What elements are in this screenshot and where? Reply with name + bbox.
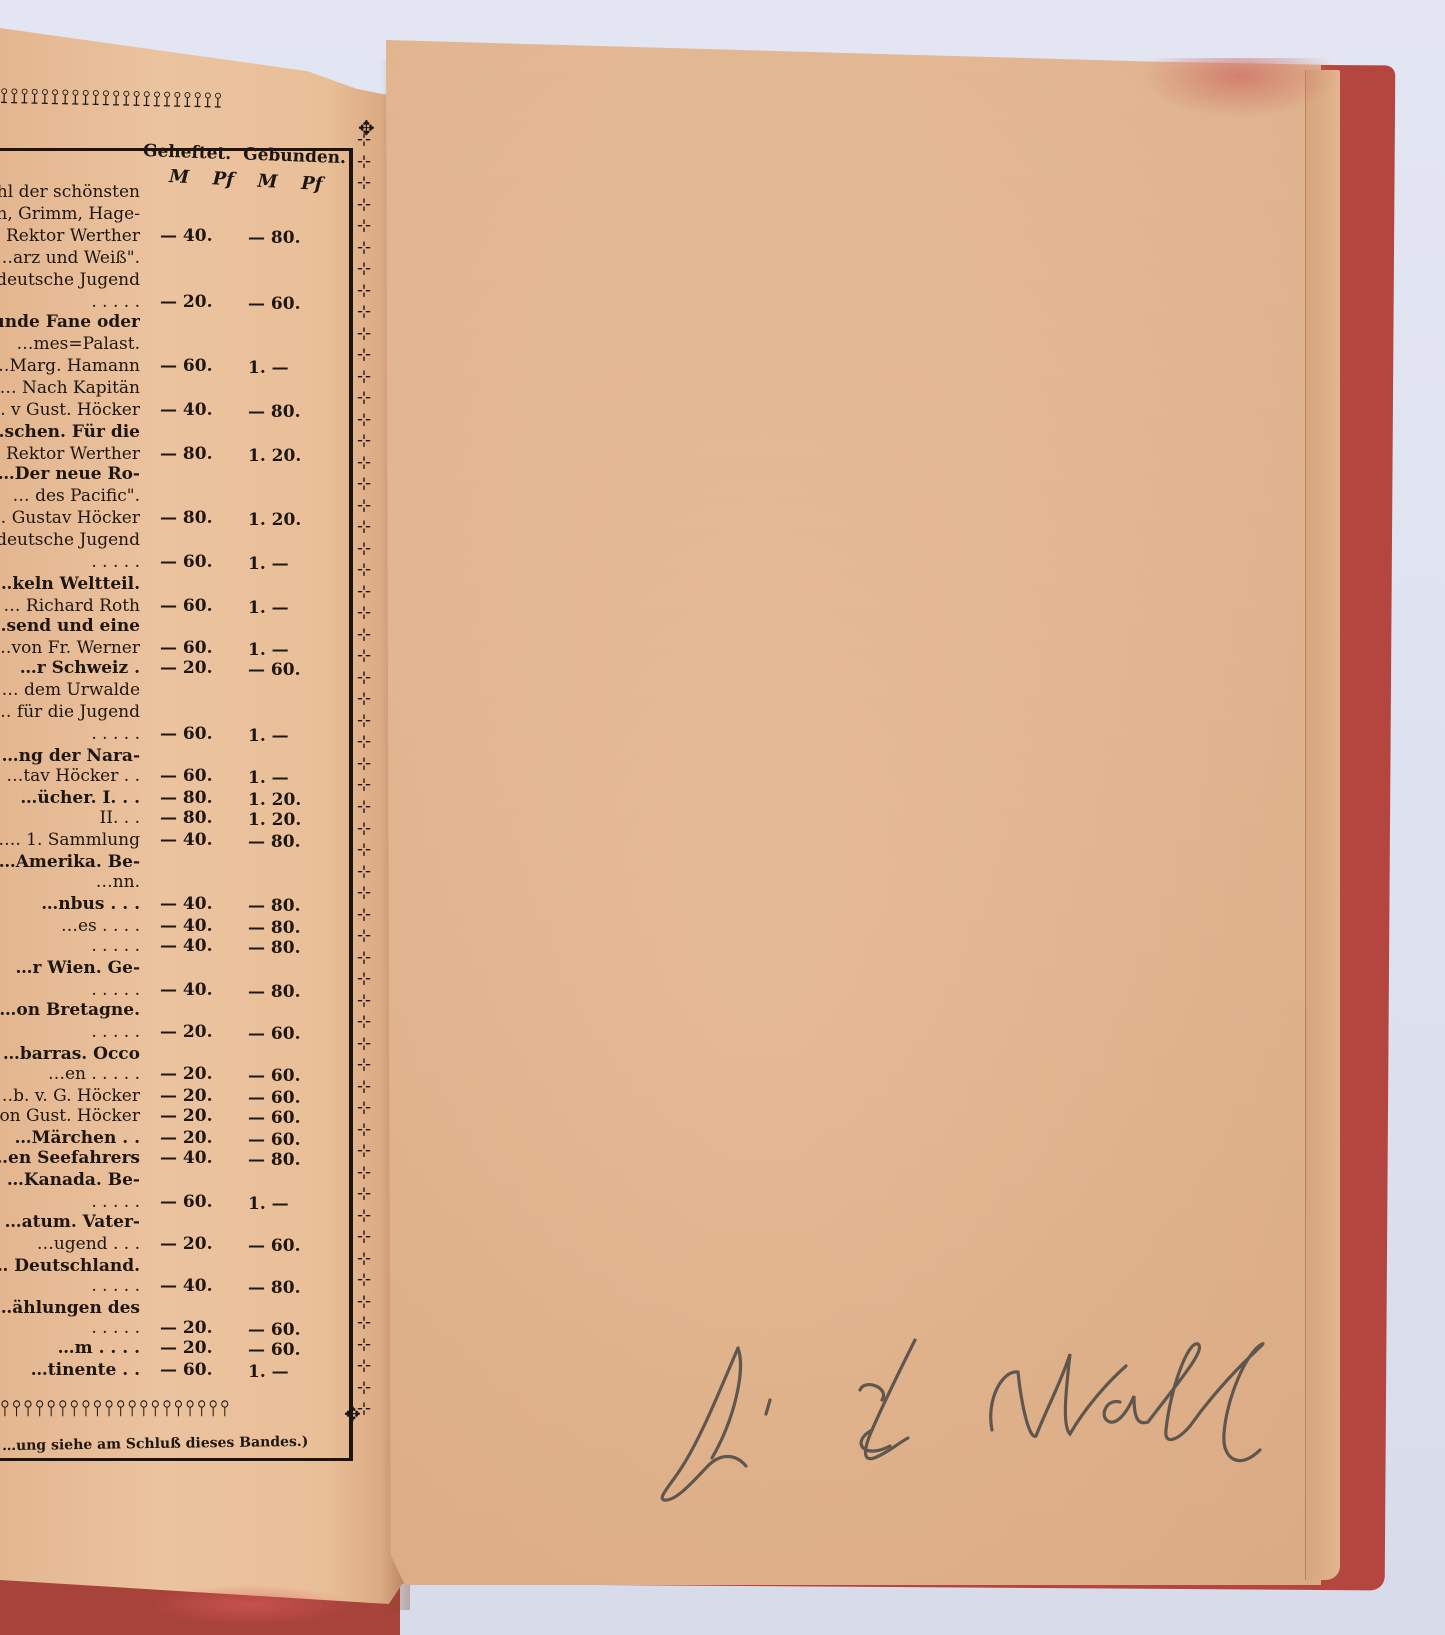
ornament-glyph: ⊹ (357, 410, 371, 430)
ornament-glyph: ⊹ (357, 840, 371, 860)
list-item: …es . . . . (0, 916, 140, 936)
entry-title-fragment: …es . . . . (61, 916, 140, 936)
list-item: …atum. Vater- (0, 1212, 140, 1232)
ornament-glyph: ⊹ (357, 496, 371, 516)
ornament-glyph: ⊹ (357, 1077, 371, 1097)
entry-title-fragment: …ählungen des (0, 1298, 140, 1318)
entry-title-fragment: … deutsche Jugend (0, 270, 140, 290)
page-edge-stack (1305, 70, 1340, 1580)
list-item: . . . . . (0, 1022, 140, 1042)
list-item: …Amerika. Be- (0, 852, 140, 872)
price-sewn: — 20. (160, 1106, 213, 1126)
price-sewn: — 20. (160, 1128, 213, 1148)
entry-title-fragment: . . . . . (91, 936, 140, 956)
header-sewn: Geheftet. (143, 141, 232, 164)
entry-title-fragment: …b. v. G. Höcker (0, 1086, 140, 1106)
ornament-glyph: ⊹ (357, 926, 371, 946)
price-sewn: — 60. (160, 766, 213, 786)
price-sewn: — 20. (160, 292, 213, 312)
ornament-glyph: ⊹ (357, 281, 371, 301)
ornament-glyph: ⊹ (357, 517, 371, 537)
price-sewn: — 40. (160, 980, 213, 1000)
ornament-glyph: ⊹ (357, 474, 371, 494)
ornament-glyph: ⊹ (357, 797, 371, 817)
price-bound: 1. 20. (248, 810, 301, 830)
entry-title-fragment: … Rektor Werther (0, 444, 140, 464)
list-item: …nn. (0, 872, 140, 892)
list-item: …Kanada. Be- (0, 1170, 140, 1190)
price-bound: — 80. (248, 982, 301, 1002)
ornament-glyph: ⊹ (357, 1055, 371, 1075)
ornament-border-right: ⊹⊹⊹⊹⊹⊹⊹⊹⊹⊹⊹⊹⊹⊹⊹⊹⊹⊹⊹⊹⊹⊹⊹⊹⊹⊹⊹⊹⊹⊹⊹⊹⊹⊹⊹⊹⊹⊹⊹⊹… (352, 130, 376, 1420)
price-sewn: — 20. (160, 1086, 213, 1106)
header-bound: Gebunden. (243, 145, 347, 169)
entry-title-fragment: … Gustav Höcker (0, 508, 140, 528)
entry-title-fragment: … des Pacific". (13, 486, 140, 506)
ornament-glyph: ⊹ (357, 1227, 371, 1247)
ornament-glyph: ⊹ (357, 1313, 371, 1333)
price-bound: 1. — (248, 1194, 289, 1214)
list-item: . . . . . (0, 936, 140, 956)
ornament-border-bottom: ⫯⫯⫯⫯⫯⫯⫯⫯⫯⫯⫯⫯⫯⫯⫯⫯⫯⫯⫯⫯ (0, 1396, 231, 1421)
list-item: …. 1. Sammlung (0, 830, 140, 850)
red-stain-bottom-left (150, 1585, 350, 1625)
entry-title-fragment: . . . . . (91, 1192, 140, 1212)
ornament-glyph: ⊹ (357, 969, 371, 989)
price-bound: — 80. (248, 832, 301, 852)
ornament-glyph: ⊹ (357, 1270, 371, 1290)
list-item: … Gustav Höcker (0, 508, 140, 528)
list-item: …on Gust. Höcker (0, 1106, 140, 1126)
entry-title-fragment: …n, Grimm, Hage- (0, 204, 140, 224)
price-bound: 1. — (248, 726, 289, 746)
ornament-glyph: ⊹ (357, 732, 371, 752)
ornament-glyph: ⊹ (357, 668, 371, 688)
ornament-glyph: ⊹ (357, 431, 371, 451)
ornament-glyph: ⊹ (357, 582, 371, 602)
entry-title-fragment: …ugend . . . (37, 1234, 140, 1254)
price-sewn: — 60. (160, 356, 213, 376)
price-sewn: — 60. (160, 638, 213, 658)
list-item: …ugend . . . (0, 1234, 140, 1254)
entry-title-fragment: …unde Fane oder (0, 312, 140, 332)
ornament-glyph: ⊹ (357, 775, 371, 795)
entry-title-fragment: . . . . . (91, 292, 140, 312)
price-bound: — 60. (248, 1066, 301, 1086)
price-bound: — 80. (248, 1278, 301, 1298)
entry-title-fragment: …Der neue Ro- (0, 464, 140, 484)
list-item: …en Seefahrers (0, 1148, 140, 1168)
entry-title-fragment: …b. v Gust. Höcker (0, 400, 140, 420)
ornament-glyph: ⊹ (357, 883, 371, 903)
price-sewn: — 60. (160, 596, 213, 616)
entry-title-fragment: …deutsche Jugend (0, 530, 140, 550)
ornament-glyph: ⊹ (357, 238, 371, 258)
list-item: … Richard Roth (0, 596, 140, 616)
red-stain-top-right (1140, 58, 1340, 118)
list-item: …en . . . . . (0, 1064, 140, 1084)
list-item: …wahl der schönsten (0, 182, 140, 202)
entry-title-fragment: …send und eine (0, 616, 140, 636)
entry-title-fragment: …Kanada. Be- (7, 1170, 140, 1190)
entry-title-fragment: …barras. Occo (3, 1044, 140, 1064)
ornament-glyph: ⊹ (357, 819, 371, 839)
ornament-glyph: ⊹ (357, 1120, 371, 1140)
list-item: . . . . . (0, 1192, 140, 1212)
price-bound: — 80. (248, 228, 301, 248)
entry-title-fragment: …Märchen . . (15, 1128, 140, 1148)
ornament-glyph: ⊹ (357, 862, 371, 882)
list-item: . . . . . (0, 292, 140, 312)
entry-title-fragment: … Richard Roth (4, 596, 140, 616)
list-item: …b. v. G. Höcker (0, 1086, 140, 1106)
entry-title-fragment: …on Gust. Höcker (0, 1106, 140, 1126)
list-item: … Rektor Werther (0, 226, 140, 246)
list-item: … Deutschland. (0, 1256, 140, 1276)
pencil-signature: J. L. Wall (650, 1330, 1280, 1510)
list-item: . . . . . (0, 552, 140, 572)
ornament-glyph: ⊹ (357, 195, 371, 215)
price-bound: — 80. (248, 938, 301, 958)
ornament-glyph: ⊹ (357, 1034, 371, 1054)
price-bound: — 60. (248, 294, 301, 314)
list-item: …keln Weltteil. (0, 574, 140, 594)
price-sewn: — 40. (160, 400, 213, 420)
list-item: . . . . . (0, 980, 140, 1000)
list-item: …von Fr. Werner (0, 638, 140, 658)
entry-title-fragment: … Nach Kapitän (0, 378, 140, 398)
entry-title-fragment: …schen. Für die (0, 422, 140, 442)
ornament-glyph: ⊹ (357, 1292, 371, 1312)
price-sewn: — 40. (160, 936, 213, 956)
list-item: …Märchen . . (0, 1128, 140, 1148)
entry-title-fragment: . . . . . (91, 1276, 140, 1296)
price-sewn: — 40. (160, 226, 213, 246)
price-bound: — 60. (248, 1320, 301, 1340)
entry-title-fragment: …tav Höcker . . (6, 766, 140, 786)
ornament-glyph: ⊹ (357, 1249, 371, 1269)
ornament-glyph: ⊹ (357, 603, 371, 623)
price-bound: — 60. (248, 1130, 301, 1150)
ornament-glyph: ⊹ (357, 1012, 371, 1032)
entry-title-fragment: …. 1. Sammlung (0, 830, 140, 850)
list-item: …tinente . . (0, 1360, 140, 1380)
entry-title-fragment: …nbus . . . (41, 894, 140, 914)
list-item: …on Bretagne. (0, 1000, 140, 1020)
list-item: …schen. Für die (0, 422, 140, 442)
list-item: . . . . . (0, 1276, 140, 1296)
list-item: … des Pacific". (0, 486, 140, 506)
list-item: …unde Fane oder (0, 312, 140, 332)
price-bound: 1. — (248, 358, 289, 378)
price-sewn: — 40. (160, 894, 213, 914)
list-item: …barras. Occo (0, 1044, 140, 1064)
entry-title-fragment: …keln Weltteil. (0, 574, 140, 594)
ornament-glyph: ⊹ (357, 711, 371, 731)
ornament-glyph: ⊹ (357, 1163, 371, 1183)
entry-title-fragment: II. . . (100, 808, 140, 828)
entry-title-fragment: …r Wien. Ge- (15, 958, 140, 978)
ornament-glyph: ⊹ (357, 453, 371, 473)
price-sewn: — 40. (160, 916, 213, 936)
list-item: …m . . . . (0, 1338, 140, 1358)
price-bound: 1. — (248, 768, 289, 788)
ornament-glyph: ⊹ (357, 388, 371, 408)
price-sewn: — 40. (160, 830, 213, 850)
entry-title-fragment: …m . . . . (58, 1338, 140, 1358)
price-bound: 1. 20. (248, 446, 301, 466)
price-sewn: — 80. (160, 444, 213, 464)
price-sewn: — 40. (160, 1276, 213, 1296)
entry-title-fragment: …r Schweiz . (20, 658, 140, 678)
price-sewn: — 40. (160, 1148, 213, 1168)
price-bound: 1. — (248, 554, 289, 574)
entry-title-fragment: …von Fr. Werner (0, 638, 140, 658)
ornament-glyph: ⊹ (357, 948, 371, 968)
ornament-glyph: ⊹ (357, 173, 371, 193)
unit-pfennig-bound: Pf (292, 172, 331, 195)
ornament-glyph: ⊹ (357, 646, 371, 666)
price-bound: 1. — (248, 1362, 289, 1382)
ornament-glyph: ⊹ (357, 905, 371, 925)
ornament-glyph: ⊹ (357, 345, 371, 365)
price-sewn: — 20. (160, 1234, 213, 1254)
price-sewn: — 20. (160, 1064, 213, 1084)
price-sewn: — 80. (160, 508, 213, 528)
price-bound: 1. — (248, 640, 289, 660)
ornament-glyph: ⊹ (357, 302, 371, 322)
price-bound: — 80. (248, 402, 301, 422)
ornament-glyph: ⊹ (357, 1141, 371, 1161)
list-item: …n, Grimm, Hage- (0, 204, 140, 224)
ornament-glyph: ⊹ (357, 625, 371, 645)
list-item: …deutsche Jugend (0, 530, 140, 550)
ornament-glyph: ⊹ (357, 1378, 371, 1398)
ornament-glyph: ⊹ (357, 1184, 371, 1204)
price-bound: — 80. (248, 896, 301, 916)
ornament-glyph: ⊹ (357, 1356, 371, 1376)
ornament-glyph: ⊹ (357, 152, 371, 172)
entry-title-fragment: …en . . . . . (48, 1064, 140, 1084)
price-bound: — 80. (248, 1150, 301, 1170)
entry-title-fragment: …nn. (96, 872, 140, 892)
entry-title-fragment: …wahl der schönsten (0, 182, 140, 202)
entry-title-fragment: . . . . . (91, 724, 140, 744)
entry-title-fragment: …on Bretagne. (0, 1000, 140, 1020)
price-sewn: — 20. (160, 1318, 213, 1338)
price-bound: 1. — (248, 598, 289, 618)
entry-title-fragment: …Marg. Hamann (0, 356, 140, 376)
list-item: … Rektor Werther (0, 444, 140, 464)
price-bound: 1. 20. (248, 790, 301, 810)
list-item: …arz und Weiß". (0, 248, 140, 268)
ornament-glyph: ⊹ (357, 130, 371, 150)
price-bound: — 60. (248, 1088, 301, 1108)
entry-title-fragment: . . . . . (91, 980, 140, 1000)
ornament-glyph: ⊹ (357, 367, 371, 387)
entry-title-fragment: … Rektor Werther (0, 226, 140, 246)
entry-title-fragment: . . . . . (91, 1318, 140, 1338)
price-bound: — 80. (248, 918, 301, 938)
price-sewn: — 20. (160, 658, 213, 678)
entry-title-fragment: . . . . . (91, 1022, 140, 1042)
list-item: …r Wien. Ge- (0, 958, 140, 978)
list-item: …Marg. Hamann (0, 356, 140, 376)
entry-title-fragment: …ücher. I. . . (20, 788, 140, 808)
price-bound: — 60. (248, 1024, 301, 1044)
price-sewn: — 80. (160, 788, 213, 808)
price-sewn: — 60. (160, 1360, 213, 1380)
list-item: … dem Urwalde (0, 680, 140, 700)
entry-title-fragment: . . . . . (91, 552, 140, 572)
entry-title-fragment: …en Seefahrers (0, 1148, 140, 1168)
price-bound: — 60. (248, 1340, 301, 1360)
list-item: . . . . . (0, 724, 140, 744)
entry-title-fragment: … dem Urwalde (2, 680, 140, 700)
list-item: … Nach Kapitän (0, 378, 140, 398)
entry-title-fragment: …tinente . . (31, 1360, 140, 1380)
entry-title-fragment: …Amerika. Be- (0, 852, 140, 872)
price-bound: — 60. (248, 1236, 301, 1256)
list-item: …nbus . . . (0, 894, 140, 914)
ornament-glyph: ⊹ (357, 539, 371, 559)
entry-title-fragment: … für die Jugend (0, 702, 140, 722)
price-bound: — 60. (248, 660, 301, 680)
entry-title-fragment: …arz und Weiß". (0, 248, 140, 268)
unit-pfennig-sewn: Pf (204, 168, 243, 191)
entry-title-fragment: …ng der Nara- (2, 746, 140, 766)
signature-strokes (650, 1330, 1280, 1510)
unit-mark-sewn: M (160, 166, 199, 189)
list-item: … deutsche Jugend (0, 270, 140, 290)
ornament-glyph: ⊹ (357, 991, 371, 1011)
ornament-glyph: ⊹ (357, 324, 371, 344)
list-item: …ählungen des (0, 1298, 140, 1318)
list-item: II. . . (0, 808, 140, 828)
entry-title-fragment: … Deutschland. (0, 1256, 140, 1276)
ornament-glyph: ⊹ (357, 754, 371, 774)
price-bound: 1. 20. (248, 510, 301, 530)
ornament-glyph: ⊹ (357, 689, 371, 709)
list-item: …send und eine (0, 616, 140, 636)
ornament-glyph: ⊹ (357, 560, 371, 580)
price-sewn: — 60. (160, 724, 213, 744)
price-sewn: — 80. (160, 808, 213, 828)
ornament-glyph: ⊹ (357, 216, 371, 236)
ornament-corner-bottom: ✥ (344, 1402, 361, 1426)
price-sewn: — 60. (160, 552, 213, 572)
ornament-glyph: ⊹ (357, 1206, 371, 1226)
entry-title-fragment: …atum. Vater- (5, 1212, 140, 1232)
ornament-glyph: ⊹ (357, 1098, 371, 1118)
list-item: . . . . . (0, 1318, 140, 1338)
price-sewn: — 20. (160, 1022, 213, 1042)
ornament-glyph: ⊹ (357, 1335, 371, 1355)
ornament-glyph: ⊹ (357, 259, 371, 279)
price-bound: — 60. (248, 1108, 301, 1128)
list-item: …tav Höcker . . (0, 766, 140, 786)
list-item: …Der neue Ro- (0, 464, 140, 484)
unit-mark-bound: M (248, 170, 287, 193)
list-item: … für die Jugend (0, 702, 140, 722)
entry-title-fragment: …mes=Palast. (17, 334, 141, 354)
ornament-border-top: ⟟⟟⟟⟟⟟⟟⟟⟟⟟⟟⟟⟟⟟⟟⟟⟟⟟⟟⟟⟟⟟⟟ (0, 84, 224, 114)
list-item: …b. v Gust. Höcker (0, 400, 140, 420)
list-item: …ücher. I. . . (0, 788, 140, 808)
list-item: …r Schweiz . (0, 658, 140, 678)
price-sewn: — 20. (160, 1338, 213, 1358)
list-item: …mes=Palast. (0, 334, 140, 354)
list-item: …ng der Nara- (0, 746, 140, 766)
price-sewn: — 60. (160, 1192, 213, 1212)
